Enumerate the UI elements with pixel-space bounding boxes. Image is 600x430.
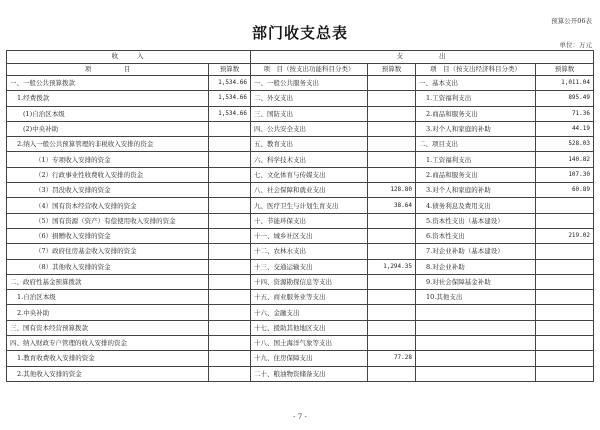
econ-amount-cell — [536, 290, 594, 305]
func-amount-cell — [368, 366, 416, 381]
income-item-cell: （4）国有资本经营收入安排的资金 — [7, 198, 209, 213]
econ-item-cell — [416, 305, 536, 320]
econ-amount-cell: 140.82 — [536, 152, 594, 167]
econ-item-cell: 2.商品和服务支出 — [416, 106, 536, 121]
income-item-cell: 四、纳入财政专户管理的收入安排的资金 — [7, 336, 209, 351]
income-amount-cell — [209, 183, 251, 198]
income-amount-cell — [209, 336, 251, 351]
table-row: 二、政府性基金预算拨款十四、资源勘探信息等支出9.对社会保障基金补助 — [7, 274, 594, 289]
econ-item-cell: 7.对企业补助（基本建设） — [416, 244, 536, 259]
func-amount-cell — [368, 167, 416, 182]
income-amount-cell — [209, 244, 251, 259]
income-amount-cell — [209, 167, 251, 182]
func-amount-cell — [368, 290, 416, 305]
income-amount-cell — [209, 152, 251, 167]
col-header-func-amount: 预算数 — [368, 63, 416, 76]
income-item-cell: （6）捐赠收入安排的资金 — [7, 228, 209, 243]
table-row: （1）专项收入安排的资金六、科学技术支出1.工资福利支出140.82 — [7, 152, 594, 167]
table-row: （3）罚没收入安排的资金八、社会保障和就业支出128.803.对个人和家庭的补助… — [7, 183, 594, 198]
func-amount-cell — [368, 76, 416, 91]
budget-summary-table: 收 入 支 出 项 目 预算数 项 目（按支出功能科目分类） 预算数 项 目（按… — [6, 50, 594, 382]
func-item-cell: 四、公共安全支出 — [251, 121, 368, 136]
econ-item-cell: 4.债务利息及费用支出 — [416, 198, 536, 213]
econ-item-cell: 二、项目支出 — [416, 137, 536, 152]
econ-amount-cell: 71.36 — [536, 106, 594, 121]
econ-amount-cell — [536, 320, 594, 335]
func-item-cell: 五、教育支出 — [251, 137, 368, 152]
table-row: 1.教育收费收入安排的资金十九、住房保障支出77.28 — [7, 351, 594, 366]
col-header-func-item: 项 目（按支出功能科目分类） — [251, 63, 368, 76]
func-amount-cell — [368, 213, 416, 228]
table-row: （4）国有资本经营收入安排的资金九、医疗卫生与计划生育支出38.644.债务利息… — [7, 198, 594, 213]
table-row: (1)自治区本级1,534.66三、国防支出2.商品和服务支出71.36 — [7, 106, 594, 121]
func-amount-cell: 38.64 — [368, 198, 416, 213]
table-row: 1.经费拨款1,534.66二、外交支出1.工资福利支出895.49 — [7, 91, 594, 106]
col-header-econ-amount: 预算数 — [536, 63, 594, 76]
func-item-cell: 八、社会保障和就业支出 — [251, 183, 368, 198]
econ-amount-cell — [536, 259, 594, 274]
func-amount-cell — [368, 106, 416, 121]
income-item-cell: 二、政府性基金预算拨款 — [7, 274, 209, 289]
col-header-econ-item: 项 目（按支出经济科目分类） — [416, 63, 536, 76]
income-amount-cell — [209, 213, 251, 228]
income-item-cell: （2）行政事业性收费收入安排的资金 — [7, 167, 209, 182]
table-row: （5）国有资源（资产）有偿使用收入安排的资金十、节能环保支出5.资本性支出（基本… — [7, 213, 594, 228]
econ-amount-cell — [536, 274, 594, 289]
func-amount-cell: 77.28 — [368, 351, 416, 366]
col-header-income-item: 项 目 — [7, 63, 209, 76]
func-item-cell: 七、文化体育与传媒支出 — [251, 167, 368, 182]
econ-amount-cell — [536, 305, 594, 320]
econ-amount-cell: 895.49 — [536, 91, 594, 106]
income-item-cell: 2.中央补助 — [7, 305, 209, 320]
func-item-cell: 十八、国土海洋气象等支出 — [251, 336, 368, 351]
func-item-cell: 十三、交通运输支出 — [251, 259, 368, 274]
econ-item-cell: 一、基本支出 — [416, 76, 536, 91]
income-item-cell: 1.经费拨款 — [7, 91, 209, 106]
econ-amount-cell — [536, 351, 594, 366]
column-header-row: 项 目 预算数 项 目（按支出功能科目分类） 预算数 项 目（按支出经济科目分类… — [7, 63, 594, 76]
table-row: 一、一般公共预算拨款1,534.66一、一般公共服务支出一、基本支出1,011.… — [7, 76, 594, 91]
income-item-cell: （5）国有资源（资产）有偿使用收入安排的资金 — [7, 213, 209, 228]
table-row: （8）其他收入安排的资金十三、交通运输支出1,294.358.对企业补助 — [7, 259, 594, 274]
income-item-cell: 1.自治区本级 — [7, 290, 209, 305]
func-amount-cell — [368, 121, 416, 136]
table-row: 1.自治区本级十五、商业服务业等支出10.其他支出 — [7, 290, 594, 305]
income-amount-cell: 1,534.66 — [209, 91, 251, 106]
income-amount-cell — [209, 198, 251, 213]
func-amount-cell — [368, 336, 416, 351]
econ-item-cell: 8.对企业补助 — [416, 259, 536, 274]
income-amount-cell: 1,534.66 — [209, 106, 251, 121]
income-item-cell: 一、一般公共预算拨款 — [7, 76, 209, 91]
income-amount-cell — [209, 259, 251, 274]
income-amount-cell — [209, 320, 251, 335]
col-header-income-amount: 预算数 — [209, 63, 251, 76]
econ-item-cell — [416, 336, 536, 351]
income-amount-cell: 1,534.66 — [209, 76, 251, 91]
table-row: 2.其他收入安排的资金二十、粮油物资储备支出 — [7, 366, 594, 381]
func-amount-cell — [368, 320, 416, 335]
func-item-cell: 二、外交支出 — [251, 91, 368, 106]
func-amount-cell — [368, 228, 416, 243]
func-item-cell: 十六、金融支出 — [251, 305, 368, 320]
unit-label: 单位：万元 — [560, 40, 593, 49]
econ-item-cell: 1.工资福利支出 — [416, 152, 536, 167]
func-amount-cell: 128.80 — [368, 183, 416, 198]
econ-item-cell — [416, 366, 536, 381]
func-item-cell: 六、科学技术支出 — [251, 152, 368, 167]
func-item-cell: 一、一般公共服务支出 — [251, 76, 368, 91]
page-number: - 7 - — [0, 413, 600, 421]
econ-item-cell: 3.对个人和家庭的补助 — [416, 183, 536, 198]
table-row: (2)中央补助四、公共安全支出3.对个人和家庭的补助44.19 — [7, 121, 594, 136]
func-amount-cell — [368, 305, 416, 320]
table-row: （6）捐赠收入安排的资金十一、城乡社区支出6.资本性支出219.02 — [7, 228, 594, 243]
econ-amount-cell: 1,011.04 — [536, 76, 594, 91]
table-row: （7）政府住房基金收入安排的资金十二、农林水支出7.对企业补助（基本建设） — [7, 244, 594, 259]
econ-amount-cell — [536, 336, 594, 351]
func-amount-cell — [368, 137, 416, 152]
econ-item-cell: 6.资本性支出 — [416, 228, 536, 243]
econ-item-cell: 1.工资福利支出 — [416, 91, 536, 106]
func-item-cell: 十五、商业服务业等支出 — [251, 290, 368, 305]
econ-amount-cell: 528.03 — [536, 137, 594, 152]
income-item-cell: （3）罚没收入安排的资金 — [7, 183, 209, 198]
func-amount-cell — [368, 91, 416, 106]
table-row: 三、国有资本经营预算拨款十七、援助其他地区支出 — [7, 320, 594, 335]
income-item-cell: 1.教育收费收入安排的资金 — [7, 351, 209, 366]
func-amount-cell — [368, 244, 416, 259]
econ-item-cell — [416, 320, 536, 335]
func-item-cell: 十、节能环保支出 — [251, 213, 368, 228]
func-item-cell: 二十、粮油物资储备支出 — [251, 366, 368, 381]
table-row: 2.中央补助十六、金融支出 — [7, 305, 594, 320]
income-item-cell: (2)中央补助 — [7, 121, 209, 136]
income-amount-cell — [209, 366, 251, 381]
func-item-cell: 三、国防支出 — [251, 106, 368, 121]
func-item-cell: 十一、城乡社区支出 — [251, 228, 368, 243]
income-item-cell: (1)自治区本级 — [7, 106, 209, 121]
income-amount-cell — [209, 274, 251, 289]
func-item-cell: 十九、住房保障支出 — [251, 351, 368, 366]
econ-amount-cell — [536, 198, 594, 213]
income-amount-cell — [209, 305, 251, 320]
expenditure-group-header: 支 出 — [251, 51, 594, 64]
econ-item-cell — [416, 351, 536, 366]
income-item-cell: 2.纳入一般公共预算管理的非税收入安排的资金 — [7, 137, 209, 152]
econ-amount-cell: 107.30 — [536, 167, 594, 182]
econ-item-cell: 9.对社会保障基金补助 — [416, 274, 536, 289]
income-item-cell: （8）其他收入安排的资金 — [7, 259, 209, 274]
income-amount-cell — [209, 137, 251, 152]
table-row: （2）行政事业性收费收入安排的资金七、文化体育与传媒支出2.商品和服务支出107… — [7, 167, 594, 182]
func-item-cell: 十七、援助其他地区支出 — [251, 320, 368, 335]
econ-amount-cell: 60.89 — [536, 183, 594, 198]
income-item-cell: （7）政府住房基金收入安排的资金 — [7, 244, 209, 259]
func-item-cell: 十二、农林水支出 — [251, 244, 368, 259]
group-header-row: 收 入 支 出 — [7, 51, 594, 64]
econ-item-cell: 5.资本性支出（基本建设） — [416, 213, 536, 228]
econ-item-cell: 10.其他支出 — [416, 290, 536, 305]
func-item-cell: 九、医疗卫生与计划生育支出 — [251, 198, 368, 213]
income-amount-cell — [209, 351, 251, 366]
func-amount-cell — [368, 152, 416, 167]
income-item-cell: 2.其他收入安排的资金 — [7, 366, 209, 381]
econ-amount-cell — [536, 366, 594, 381]
table-row: 2.纳入一般公共预算管理的非税收入安排的资金五、教育支出二、项目支出528.03 — [7, 137, 594, 152]
income-item-cell: （1）专项收入安排的资金 — [7, 152, 209, 167]
func-item-cell: 十四、资源勘探信息等支出 — [251, 274, 368, 289]
income-amount-cell — [209, 228, 251, 243]
func-amount-cell: 1,294.35 — [368, 259, 416, 274]
page-title: 部门收支总表 — [0, 22, 600, 43]
econ-amount-cell: 44.19 — [536, 121, 594, 136]
table-row: 四、纳入财政专户管理的收入安排的资金十八、国土海洋气象等支出 — [7, 336, 594, 351]
econ-item-cell: 2.商品和服务支出 — [416, 167, 536, 182]
econ-amount-cell — [536, 213, 594, 228]
func-amount-cell — [368, 274, 416, 289]
econ-amount-cell — [536, 244, 594, 259]
income-amount-cell — [209, 121, 251, 136]
table-body: 一、一般公共预算拨款1,534.66一、一般公共服务支出一、基本支出1,011.… — [7, 76, 594, 382]
econ-amount-cell: 219.02 — [536, 228, 594, 243]
income-amount-cell — [209, 290, 251, 305]
income-item-cell: 三、国有资本经营预算拨款 — [7, 320, 209, 335]
econ-item-cell: 3.对个人和家庭的补助 — [416, 121, 536, 136]
income-group-header: 收 入 — [7, 51, 251, 64]
